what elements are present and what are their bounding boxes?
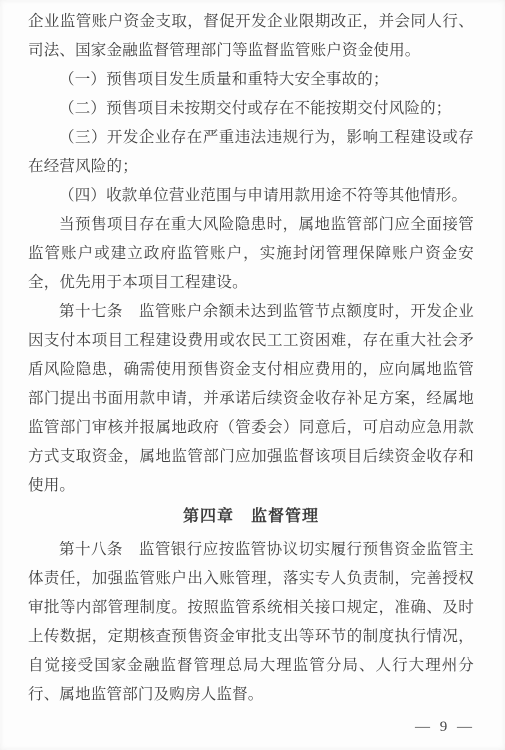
list-item-1: （一）预售项目发生质量和重特大安全事故的； xyxy=(28,65,474,94)
paragraph-continuation: 企业监管账户资金支取，督促开发企业限期改正，并会同人行、司法、国家金融监督管理部… xyxy=(28,7,474,65)
paragraph-article-18: 第十八条 监管银行应按监管协议切实履行预售资金监管主体责任，加强监管账户出入账管… xyxy=(28,535,474,709)
document-page: 企业监管账户资金支取，督促开发企业限期改正，并会同人行、司法、国家金融监督管理部… xyxy=(0,0,505,750)
paragraph-risk-takeover: 当预售项目存在重大风险隐患时，属地监管部门应全面接管监管账户或建立政府监管账户，… xyxy=(28,210,474,297)
paragraph-article-17: 第十七条 监管账户余额未达到监管节点额度时，开发企业因支付本项目工程建设费用或农… xyxy=(28,297,474,500)
chapter-heading: 第四章 监督管理 xyxy=(28,502,474,531)
document-body: 企业监管账户资金支取，督促开发企业限期改正，并会同人行、司法、国家金融监督管理部… xyxy=(28,7,474,709)
list-item-2: （二）预售项目未按期交付或存在不能按期交付风险的； xyxy=(28,94,474,123)
list-item-4: （四）收款单位营业范围与申请用款用途不符等其他情形。 xyxy=(28,181,474,210)
page-number: — 9 — xyxy=(415,719,475,735)
list-item-3: （三）开发企业存在严重违法违规行为，影响工程建设或存在经营风险的； xyxy=(28,123,474,181)
